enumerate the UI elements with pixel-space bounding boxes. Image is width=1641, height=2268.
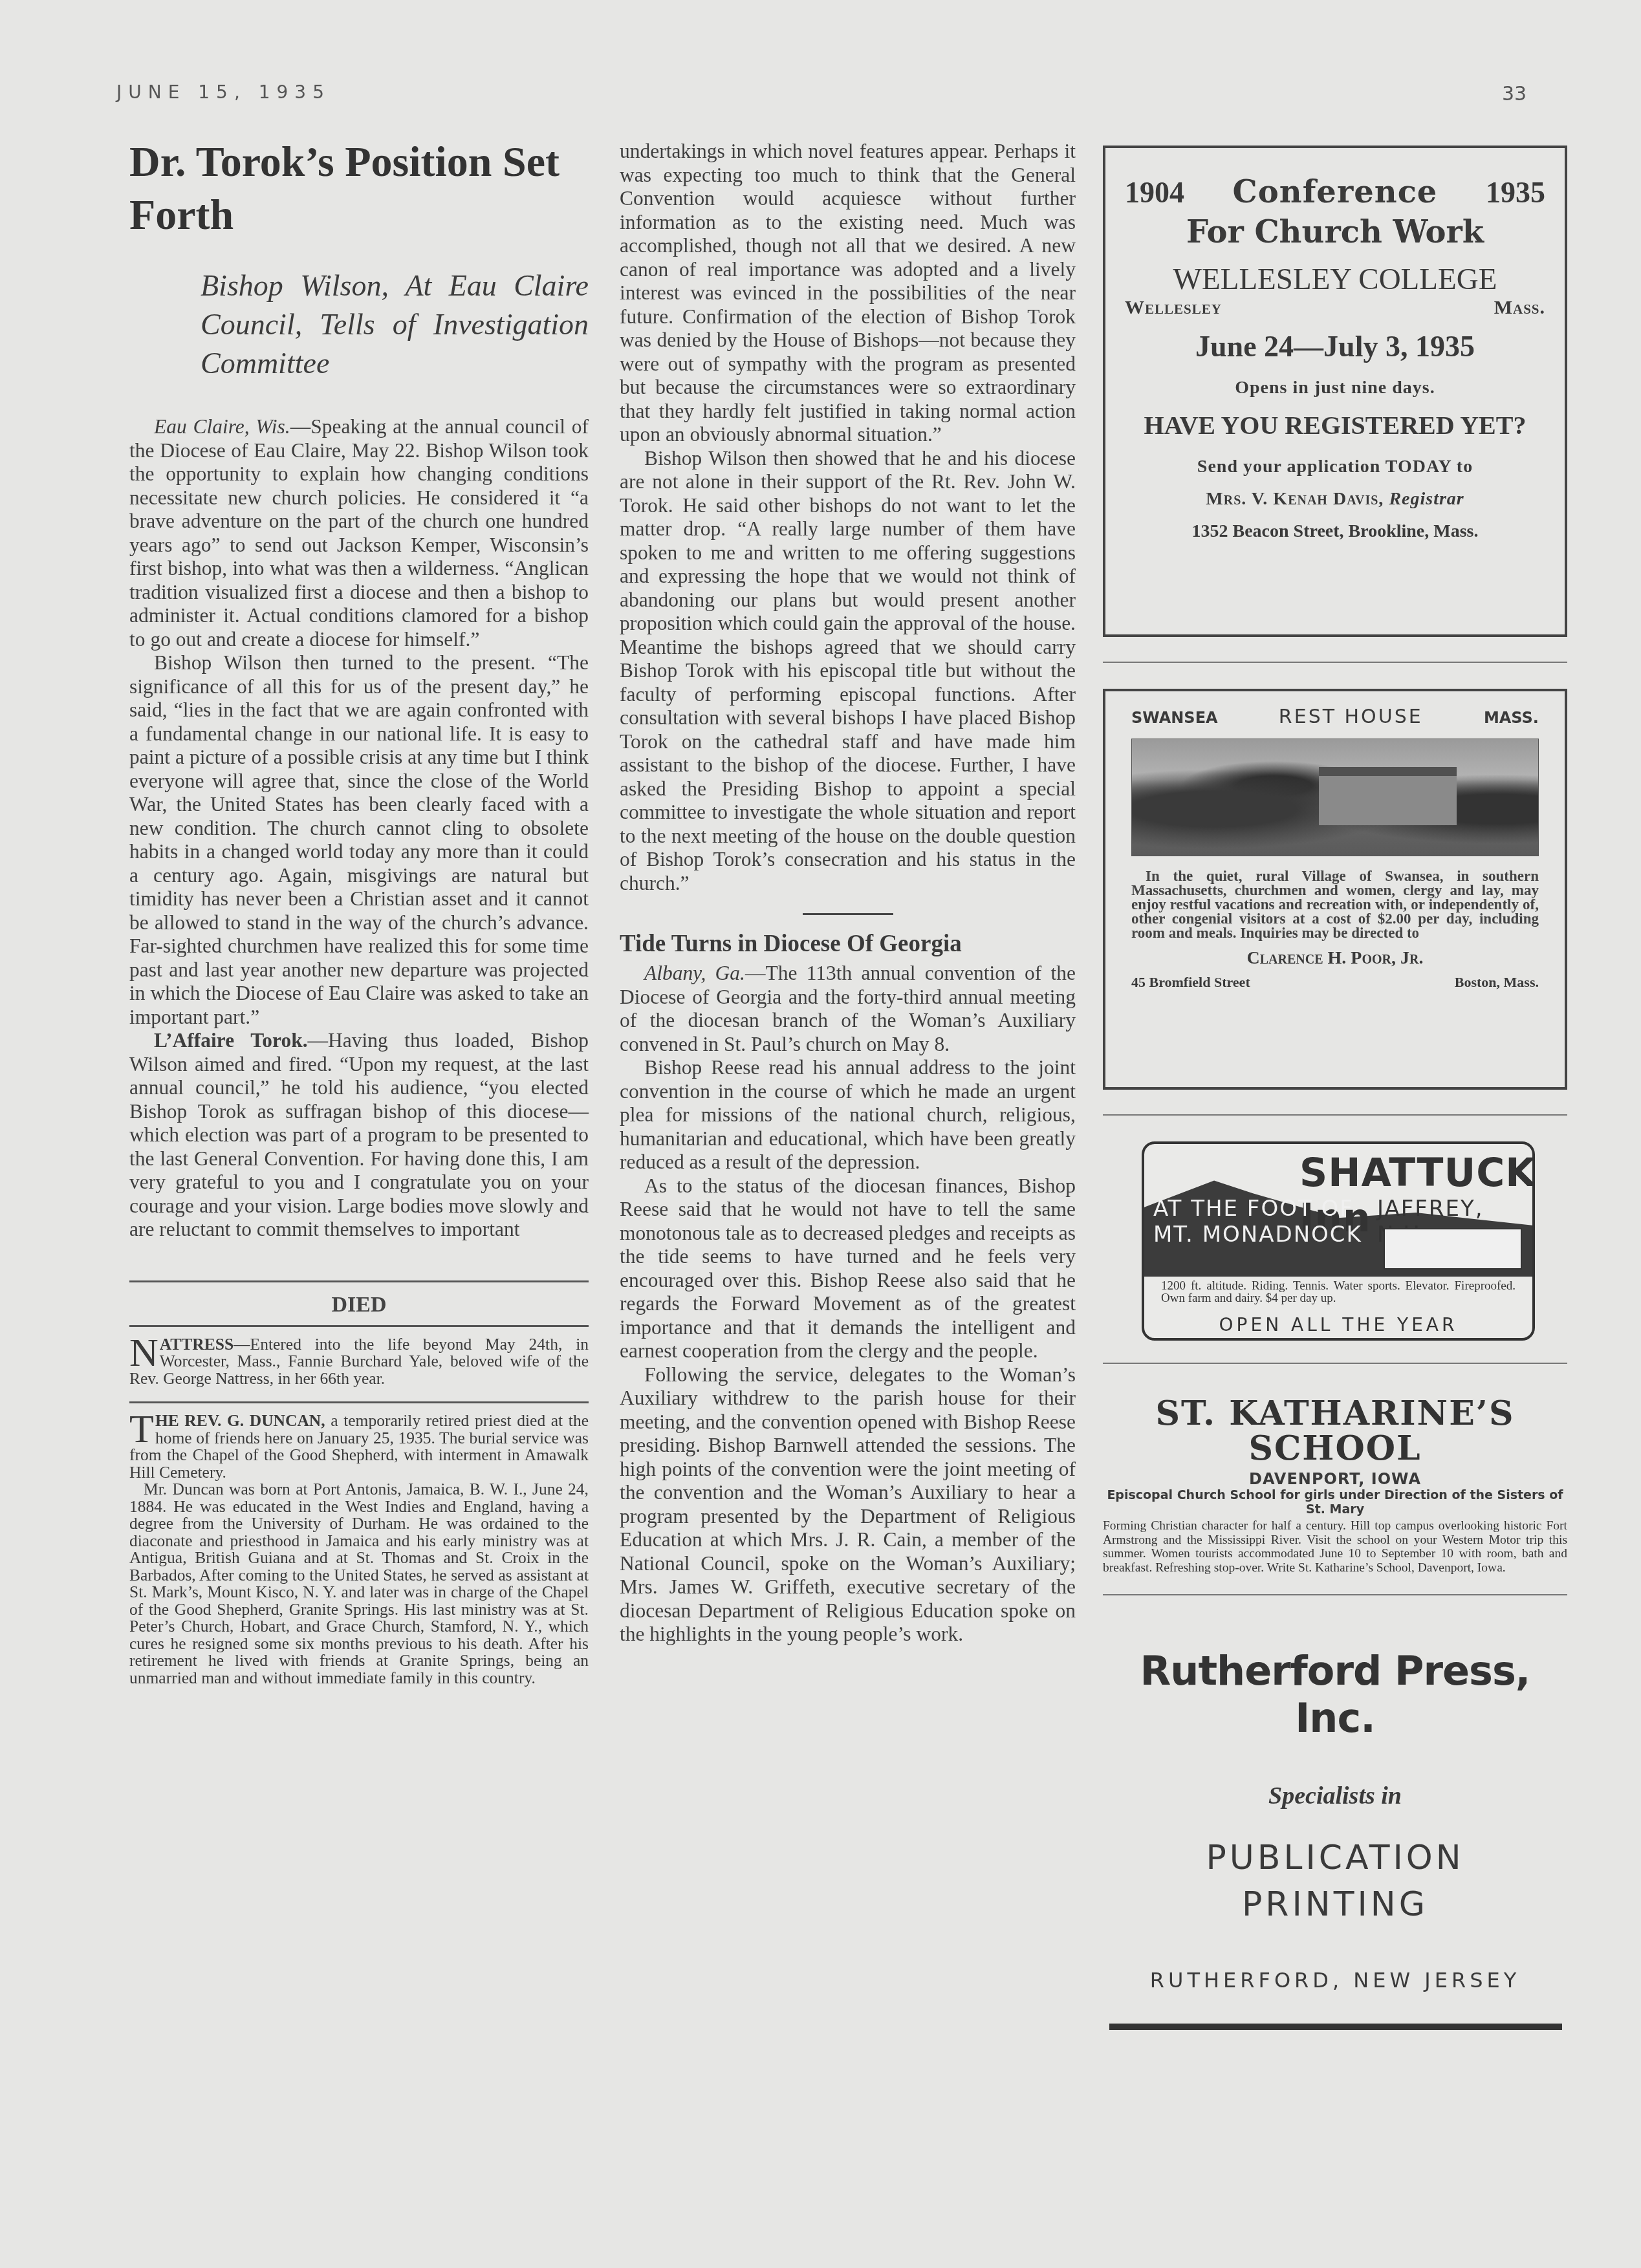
died-section-title: DIED [129,1282,589,1325]
obituary-entry: THE REV. G. DUNCAN, a temporarily retire… [129,1412,589,1481]
article-paragraph: Albany, Ga.—The 113th annual convention … [620,962,1076,1056]
advertisements-column: 1904 Conference 1935 For Church Work WEL… [1103,146,1567,2030]
inn-building-illustration [1384,1228,1522,1269]
article-subhead: Bishop Wilson, At Eau Claire Council, Te… [201,266,589,383]
dateline: Eau Claire, Wis. [154,415,290,438]
section-divider [803,913,893,915]
conference-ad: 1904 Conference 1935 For Church Work WEL… [1103,146,1567,637]
article-paragraph: Eau Claire, Wis.—Speaking at the annual … [129,415,589,651]
article-paragraph: Bishop Wilson then turned to the present… [129,651,589,1029]
article-paragraph: undertakings in which novel features app… [620,140,1076,447]
divider [1103,1594,1567,1595]
divider [1103,1363,1567,1364]
bottom-bar [1109,2024,1562,2030]
article-paragraph: Bishop Wilson then showed that he and hi… [620,447,1076,896]
column-2: undertakings in which novel features app… [620,140,1076,1647]
house-image [1319,767,1457,825]
article-headline: Dr. Torok’s Position Set Forth [129,136,589,242]
conference-title: Conference [1233,174,1438,210]
page-number: 33 [1502,83,1527,105]
article-paragraph: Following the service, delegates to the … [620,1363,1076,1647]
divider [129,1325,589,1327]
obituary-entry: NATTRESS—Entered into the life beyond Ma… [129,1336,589,1388]
st-katharines-ad: ST. KATHARINE’S SCHOOL DAVENPORT, IOWA E… [1103,1396,1567,1575]
running-header-date: JUNE 15, 1935 [116,81,331,103]
divider [129,1401,589,1403]
divider [1103,662,1567,663]
run-in-head: L’Affaire Torok. [154,1029,308,1052]
article-paragraph: Bishop Reese read his annual address to … [620,1056,1076,1174]
rest-house-photo [1131,739,1539,856]
dateline: Albany, Ga. [644,962,745,984]
article-paragraph: As to the status of the diocesan finance… [620,1174,1076,1363]
obituary-paragraph: Mr. Duncan was born at Port Antonis, Jam… [129,1481,589,1687]
shattuck-inn-ad: SHATTUCK Inn JAFFREY, N.H. AT THE FOOT O… [1142,1141,1535,1341]
article-paragraph: L’Affaire Torok.—Having thus loaded, Bis… [129,1029,589,1242]
article-headline: Tide Turns in Diocese Of Georgia [620,931,1076,958]
rutherford-press-ad: Rutherford Press, Inc. Specialists in PU… [1103,1647,1567,2030]
column-1: Dr. Torok’s Position Set Forth Bishop Wi… [129,136,589,1687]
divider [1103,1114,1567,1116]
rest-house-ad: SWANSEA REST HOUSE MASS. In the quiet, r… [1103,689,1567,1090]
